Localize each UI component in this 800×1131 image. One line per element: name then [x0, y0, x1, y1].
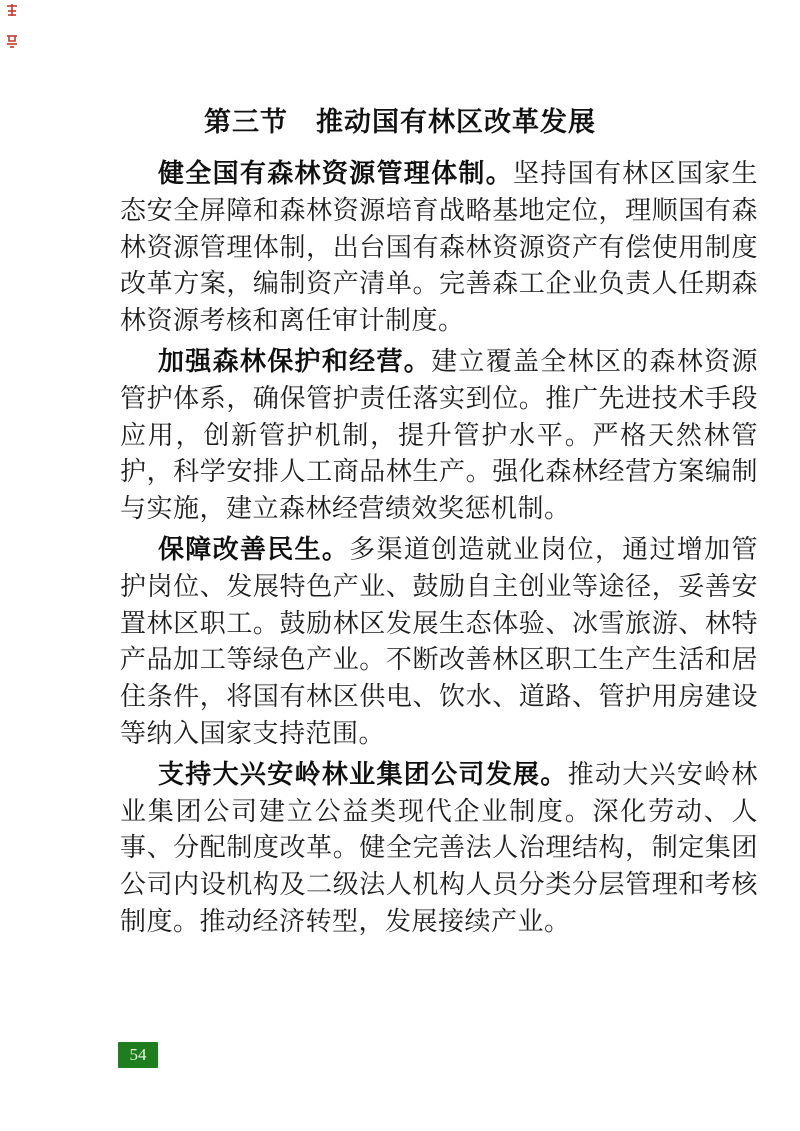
section-title: 第三节 推动国有林区改革发展 — [0, 100, 800, 139]
paragraph: 保障改善民生。多渠道创造就业岗位，通过增加管护岗位、发展特色产业、鼓励自主创业等… — [120, 532, 758, 753]
page-number-badge: 54 — [118, 1042, 158, 1068]
paragraph-lead: 健全国有森林资源管理体制。 — [158, 159, 513, 188]
paragraph-lead: 保障改善民生。 — [158, 535, 349, 564]
paragraph-lead: 加强森林保护和经营。 — [158, 347, 431, 376]
document-page: 第三节 推动国有林区改革发展 健全国有森林资源管理体制。坚持国有林区国家生态安全… — [0, 0, 800, 1131]
corner-annotation-marks — [5, 3, 21, 48]
red-mark-icon — [5, 34, 19, 48]
body-text: 健全国有森林资源管理体制。坚持国有林区国家生态安全屏障和森林资源培育战略基地定位… — [120, 156, 758, 945]
paragraph-body: 多渠道创造就业岗位，通过增加管护岗位、发展特色产业、鼓励自主创业等途径，妥善安置… — [120, 535, 758, 748]
paragraph: 支持大兴安岭林业集团公司发展。推动大兴安岭林业集团公司建立公益类现代企业制度。深… — [120, 757, 758, 941]
paragraph: 健全国有森林资源管理体制。坚持国有林区国家生态安全屏障和森林资源培育战略基地定位… — [120, 156, 758, 340]
paragraph-lead: 支持大兴安岭林业集团公司发展。 — [158, 760, 568, 789]
red-mark-icon — [5, 3, 19, 17]
paragraph: 加强森林保护和经营。建立覆盖全林区的森林资源管护体系，确保管护责任落实到位。推广… — [120, 344, 758, 528]
